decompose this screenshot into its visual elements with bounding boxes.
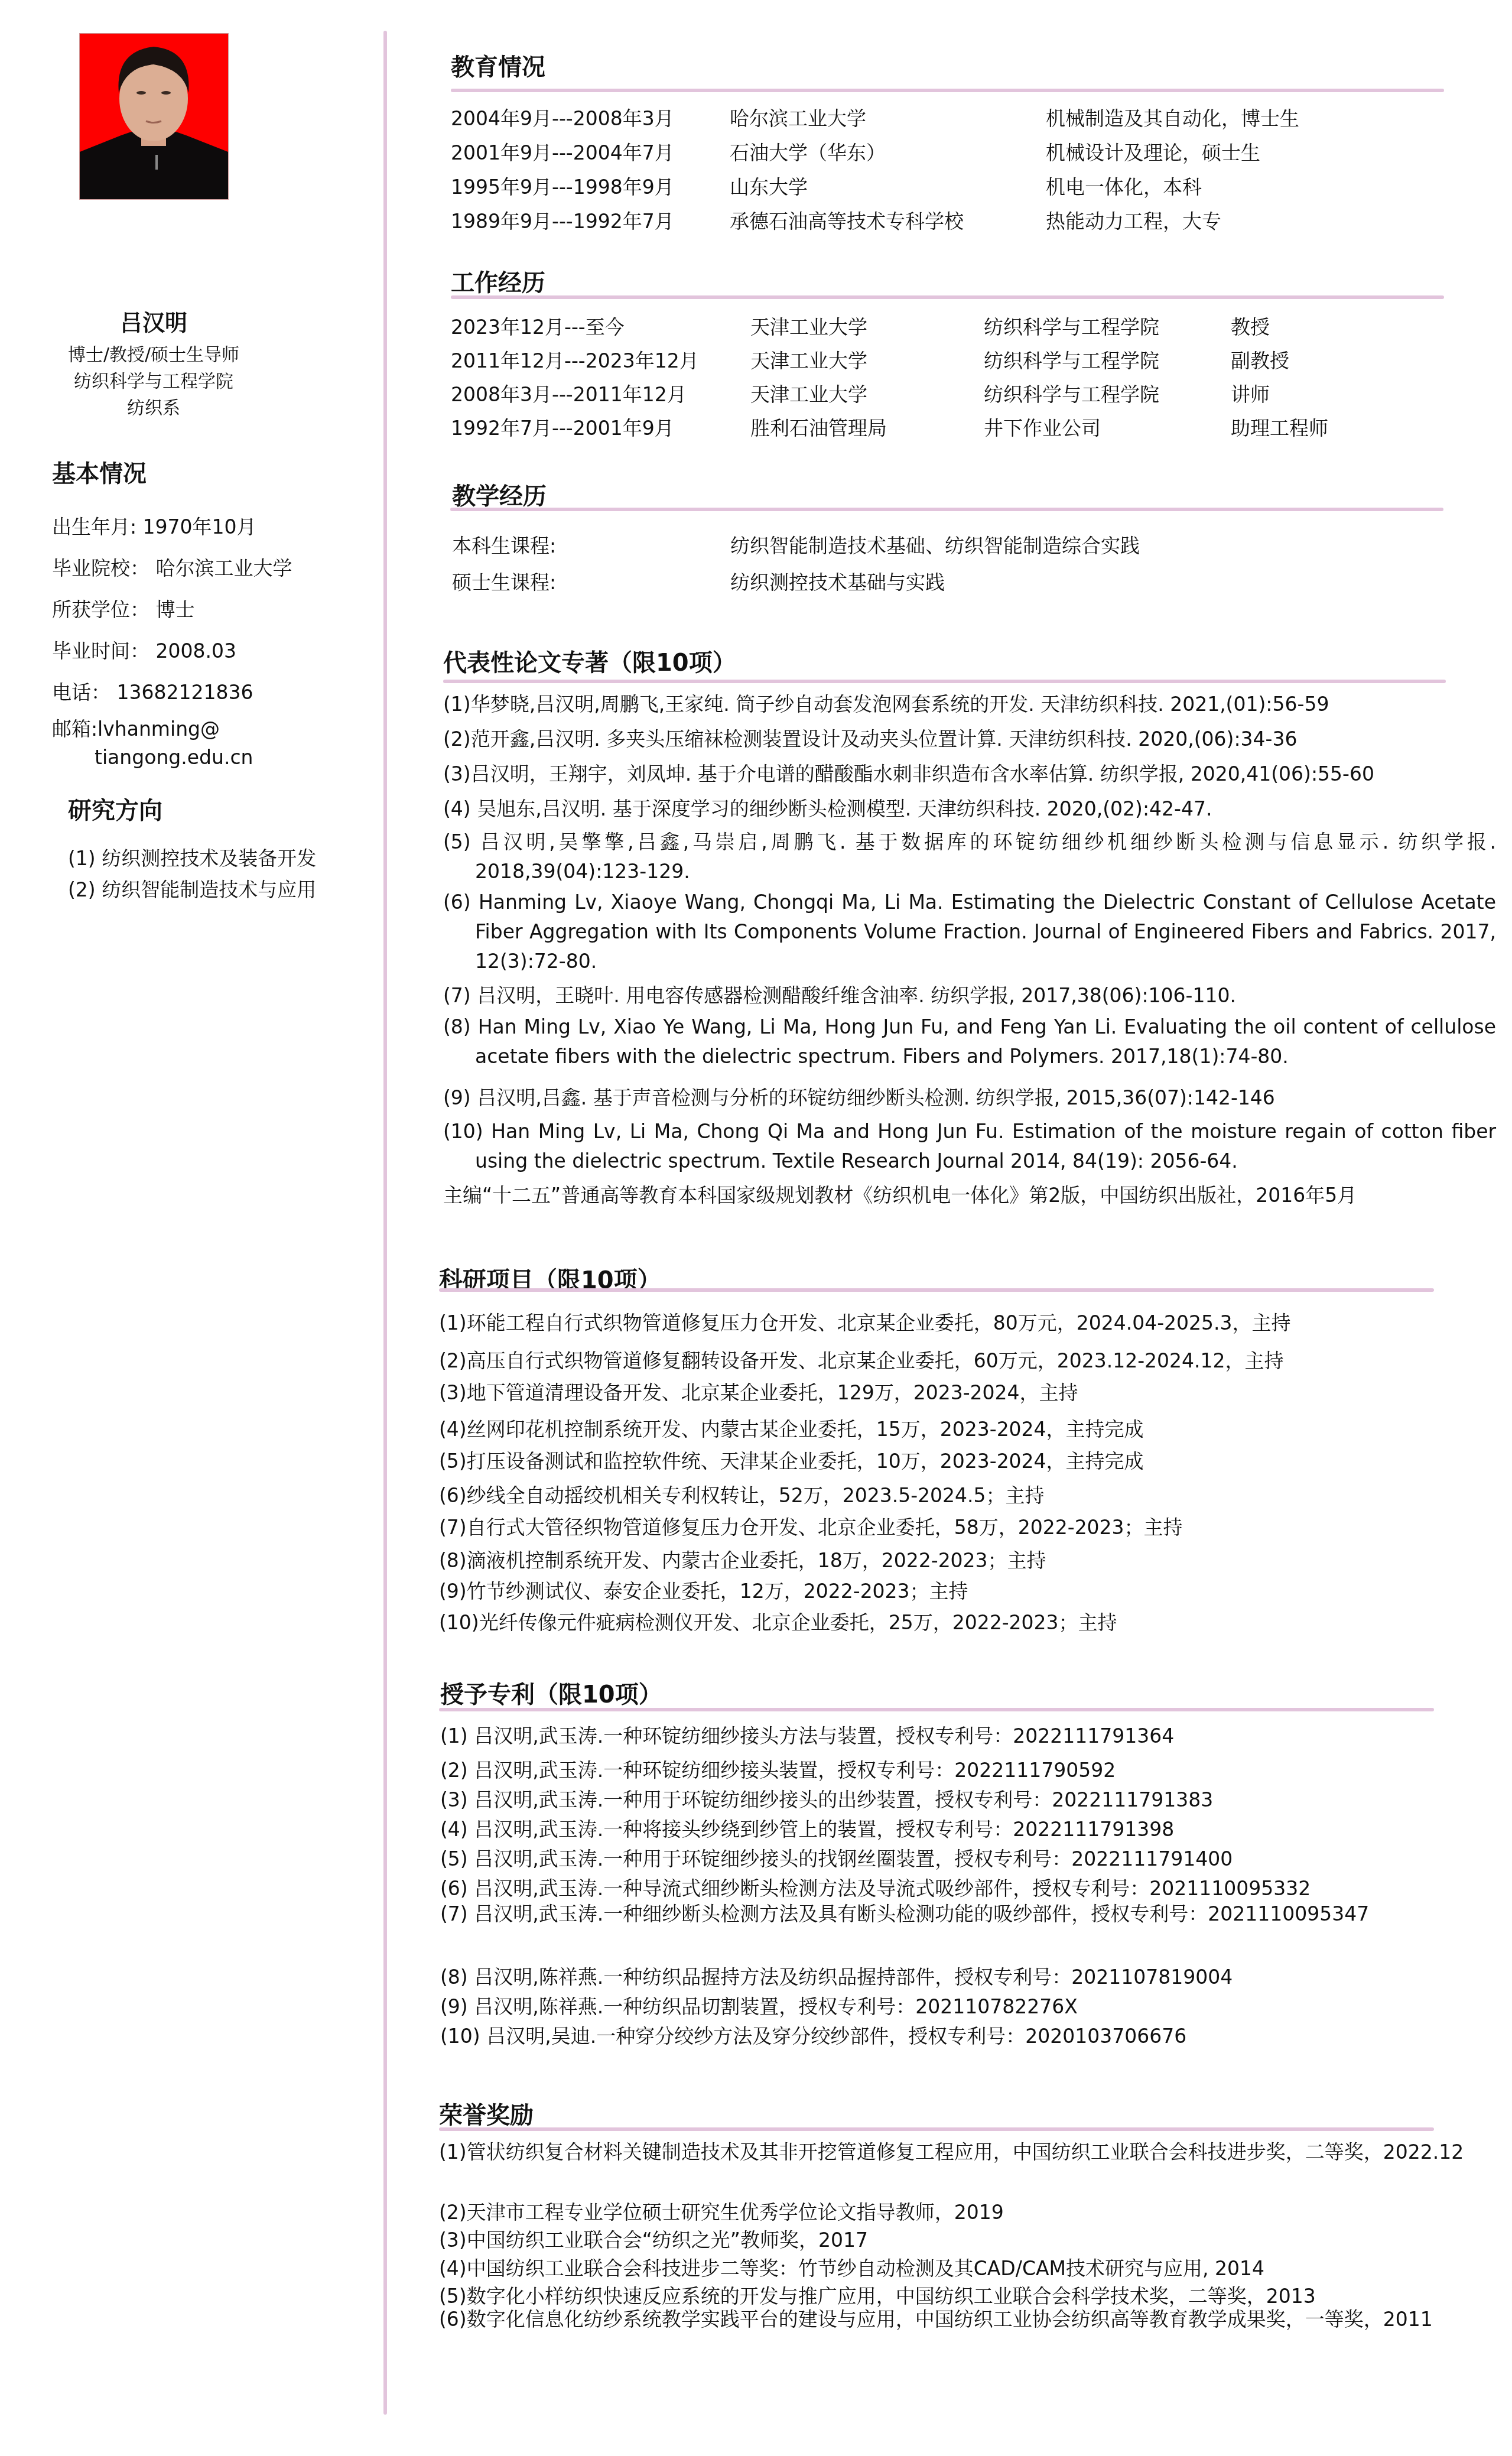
monograph-item: 主编“十二五”普通高等教育本科国家级规划教材《纺织机电一体化》第2版，中国纺织出… [443,1180,1357,1208]
honor-item: (6)数字化信息化纺纱系统教学实践平台的建设与应用，中国纺织工业协会纺织高等教育… [439,2305,1466,2334]
work-period: 2008年3月---2011年12月 [451,379,687,407]
honor-item: (1)管状纺织复合材料关键制造技术及其非开挖管道修复工程应用，中国纺织工业联合会… [439,2137,1466,2167]
project-item: (8)滴液机控制系统开发、内蒙古企业委托，18万，2022-2023；主持 [439,1545,1046,1573]
work-title: 副教授 [1231,346,1289,373]
patent-item: (3) 吕汉明,武玉涛.一种用于环锭纺细纱接头的出纱装置，授权专利号：20221… [440,1785,1213,1812]
edu-school: 石油大学（华东） [730,138,886,165]
graduate-school: 毕业院校： 哈尔滨工业大学 [52,553,292,581]
edu-school: 承德石油高等技术专科学校 [730,206,964,234]
work-period: 1992年7月---2001年9月 [451,413,674,441]
edu-major: 热能动力工程，大专 [1046,206,1221,234]
work-title: 讲师 [1231,379,1270,407]
honor-item: (3)中国纺织工业联合会“纺织之光”教师奖，2017 [439,2225,868,2253]
work-org: 胜利石油管理局 [750,413,887,441]
degree: 所获学位： 博士 [52,594,195,622]
paper-item: (9) 吕汉明,吕鑫. 基于声音检测与分析的环锭纺细纱断头检测. 纺织学报, 2… [443,1083,1275,1110]
patent-item: (4) 吕汉明,武玉涛.一种将接头纱绕到纱管上的装置，授权专利号：2022111… [440,1814,1174,1842]
patent-item: (10) 吕汉明,吴迪.一种穿分绞纱方法及穿分绞纱部件，授权专利号：202010… [440,2021,1186,2049]
section-rule [439,1288,1434,1292]
honors-heading: 荣誉奖励 [439,2097,534,2130]
work-org: 天津工业大学 [750,346,867,373]
project-item: (7)自行式大管径织物管道修复压力仓开发、北京企业委托，58万，2022-202… [439,1512,1183,1540]
research-heading: 研究方向 [68,792,162,826]
undergrad-label: 本科生课程: [452,531,556,558]
grad-label: 硕士生课程: [452,567,556,595]
patent-item: (8) 吕汉明,陈祥燕.一种纺织品握持方法及纺织品握持部件，授权专利号：2021… [440,1962,1233,1990]
work-heading: 工作经历 [451,264,545,298]
edu-major: 机械设计及理论，硕士生 [1046,138,1260,165]
edu-period: 2004年9月---2008年3月 [451,103,674,131]
honor-item: (4)中国纺织工业联合会科技进步二等奖：竹节纱自动检测及其CAD/CAM技术研究… [439,2253,1264,2281]
edu-major: 机械制造及其自动化，博士生 [1046,103,1299,131]
edu-period: 1995年9月---1998年9月 [451,172,674,200]
work-unit: 纺织科学与工程学院 [984,346,1159,373]
section-rule [439,2127,1434,2131]
honor-item: (2)天津市工程专业学位硕士研究生优秀学位论文指导教师，2019 [439,2197,1004,2225]
patent-item: (2) 吕汉明,武玉涛.一种环锭纺细纱接头装置，授权专利号：2022111790… [440,1755,1116,1783]
edu-period: 1989年9月---1992年7月 [451,206,674,234]
project-item: (2)高压自行式织物管道修复翻转设备开发、北京某企业委托，60万元，2023.1… [439,1346,1284,1373]
section-rule [443,680,1446,683]
email-line-2[interactable]: tiangong.edu.cn [95,746,253,769]
paper-item: (1)华梦晓,吕汉明,周鹏飞,王家纯. 筒子纱自动套发泡网套系统的开发. 天津纺… [443,689,1329,717]
paper-item: (2)范开鑫,吕汉明. 多夹头压缩袜检测装置设计及动夹头位置计算. 天津纺织科技… [443,724,1297,752]
paper-item: (10) Han Ming Lv, Li Ma, Chong Qi Ma and… [443,1117,1496,1176]
patent-item: (7) 吕汉明,武玉涛.一种细纱断头检测方法及具有断头检测功能的吸纱部件，授权专… [440,1899,1467,1929]
person-college: 纺织科学与工程学院 [0,366,307,392]
paper-item: (4) 吴旭东,吕汉明. 基于深度学习的细纱断头检测模型. 天津纺织科技. 20… [443,794,1212,821]
education-heading: 教育情况 [451,48,545,82]
project-item: (6)纱线全自动摇绞机相关专利权转让，52万，2023.5-2024.5；主持 [439,1480,1045,1508]
teaching-heading: 教学经历 [452,477,547,511]
papers-heading: 代表性论文专著（限10项） [443,644,736,678]
work-org: 天津工业大学 [750,312,867,340]
project-item: (9)竹节纱测试仪、泰安企业委托，12万，2022-2023；主持 [439,1576,968,1604]
phone: 电话： 13682121836 [52,677,253,705]
person-titles: 博士/教授/硕士生导师 [0,340,307,366]
project-item: (5)打压设备测试和监控软件统、天津某企业委托，10万，2023-2024，主持… [439,1446,1144,1474]
patent-item: (5) 吕汉明,武玉涛.一种用于环锭细纱接头的找钢丝圈装置，授权专利号：2022… [440,1844,1233,1872]
edu-period: 2001年9月---2004年7月 [451,138,674,165]
person-department: 纺织系 [0,393,307,419]
edu-school: 哈尔滨工业大学 [730,103,866,131]
basic-info-heading: 基本情况 [52,455,147,489]
vertical-divider [383,31,387,2415]
portrait-image [80,34,228,199]
section-rule [451,89,1444,92]
undergrad-courses: 纺织智能制造技术基础、纺织智能制造综合实践 [730,531,1140,558]
work-org: 天津工业大学 [750,379,867,407]
work-period: 2011年12月---2023年12月 [451,346,699,373]
work-title: 助理工程师 [1231,413,1328,441]
paper-item: (8) Han Ming Lv, Xiao Ye Wang, Li Ma, Ho… [443,1012,1496,1071]
project-item: (10)光纤传像元件疵病检测仪开发、北京企业委托，25万，2022-2023；主… [439,1607,1117,1635]
paper-item: (7) 吕汉明，王晓叶. 用电容传感器检测醋酸纤维含油率. 纺织学报, 2017… [443,980,1236,1008]
paper-item: (6) Hanming Lv, Xiaoye Wang, Chongqi Ma,… [443,888,1496,976]
project-item: (3)地下管道清理设备开发、北京某企业委托，129万，2023-2024，主持 [439,1378,1078,1405]
section-rule [450,508,1443,511]
edu-major: 机电一体化，本科 [1046,172,1202,200]
work-title: 教授 [1231,312,1270,340]
profile-photo [79,33,229,200]
work-period: 2023年12月---至今 [451,312,625,340]
patent-item: (1) 吕汉明,武玉涛.一种环锭纺细纱接头方法与装置，授权专利号：2022111… [440,1721,1174,1749]
person-name: 吕汉明 [0,304,307,337]
birth-date: 出生年月: 1970年10月 [52,512,256,540]
project-item: (1)环能工程自行式织物管道修复压力仓开发、北京某企业委托，80万元，2024.… [439,1308,1291,1336]
research-item: (1) 纺织测控技术及装备开发 [68,843,316,871]
section-rule [439,1708,1434,1711]
email-line-1[interactable]: 邮箱:lvhanming@ [52,714,220,742]
paper-item: (3)吕汉明，王翔宇，刘凤坤. 基于介电谱的醋酸酯水刺非织造布含水率估算. 纺织… [443,759,1374,787]
patent-item: (9) 吕汉明,陈祥燕.一种纺织品切割装置，授权专利号：202110782276… [440,1992,1078,2019]
edu-school: 山东大学 [730,172,808,200]
research-item: (2) 纺织智能制造技术与应用 [68,875,316,902]
work-unit: 纺织科学与工程学院 [984,379,1159,407]
grad-courses: 纺织测控技术基础与实践 [730,567,945,595]
patent-item: (6) 吕汉明,武玉涛.一种导流式细纱断头检测方法及导流式吸纱部件，授权专利号：… [440,1873,1311,1901]
graduation-time: 毕业时间： 2008.03 [52,636,236,664]
section-rule [451,295,1444,299]
patents-heading: 授予专利（限10项） [440,1676,662,1710]
work-unit: 纺织科学与工程学院 [984,312,1159,340]
work-unit: 井下作业公司 [984,413,1101,441]
project-item: (4)丝网印花机控制系统开发、内蒙古某企业委托，15万，2023-2024，主持… [439,1414,1144,1442]
paper-item: (5) 吕汉明,吴擎擎,吕鑫,马崇启,周鹏飞. 基于数据库的环锭纺细纱机细纱断头… [443,827,1496,886]
